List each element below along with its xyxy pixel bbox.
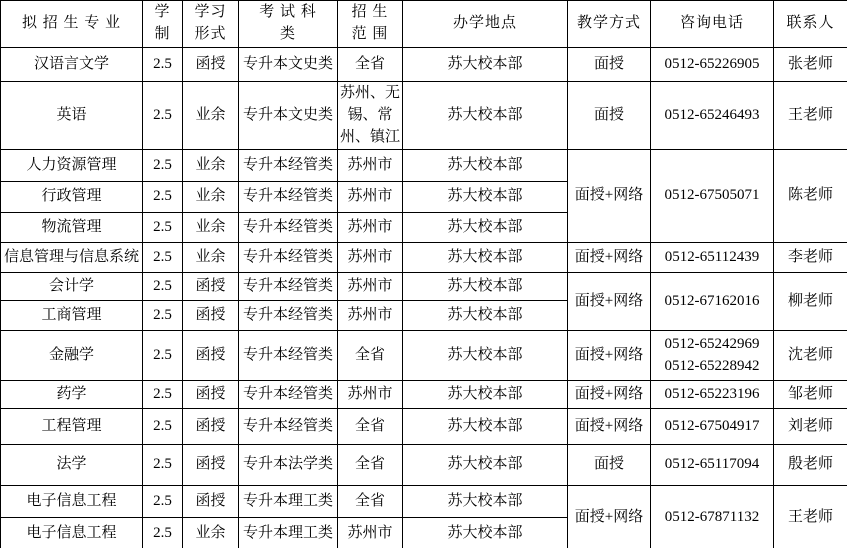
cell-exam-category: 专升本经管类 [239,409,338,445]
cell-enrollment-scope: 苏州市 [338,273,403,301]
cell-teaching-method: 面授 [568,445,651,486]
cell-phone: 0512-65246493 [651,82,774,150]
cell-school-location: 苏大校本部 [403,82,568,150]
cell-duration: 2.5 [143,150,183,182]
cell-enrollment-scope: 全省 [338,48,403,82]
table-row: 金融学2.5函授专升本经管类全省苏大校本部面授+网络0512-65242969 … [1,331,847,381]
cell-phone: 0512-65242969 0512-65228942 [651,331,774,381]
cell-enrollment-scope: 苏州市 [338,150,403,182]
column-header-duration: 学 制 [143,1,183,48]
cell-enrollment-scope: 苏州市 [338,213,403,243]
cell-duration: 2.5 [143,445,183,486]
cell-teaching-method: 面授 [568,82,651,150]
column-header-contact-person: 联系人 [774,1,847,48]
header-row: 拟 招 生 专 业学 制学习 形式考 试 科 类招 生 范 围办学地点教学方式咨… [1,1,847,48]
cell-school-location: 苏大校本部 [403,518,568,548]
cell-school-location: 苏大校本部 [403,150,568,182]
cell-major: 物流管理 [1,213,143,243]
cell-teaching-method: 面授 [568,48,651,82]
cell-enrollment-scope: 苏州市 [338,518,403,548]
cell-major: 人力资源管理 [1,150,143,182]
cell-school-location: 苏大校本部 [403,331,568,381]
table-row: 药学2.5函授专升本经管类苏州市苏大校本部面授+网络0512-65223196邹… [1,381,847,409]
cell-exam-category: 专升本经管类 [239,273,338,301]
cell-contact-person: 邹老师 [774,381,847,409]
cell-exam-category: 专升本经管类 [239,381,338,409]
cell-enrollment-scope: 苏州市 [338,301,403,331]
cell-enrollment-scope: 全省 [338,486,403,518]
table-body: 汉语言文学2.5函授专升本文史类全省苏大校本部面授0512-65226905张老… [1,48,847,548]
cell-exam-category: 专升本理工类 [239,518,338,548]
cell-exam-category: 专升本经管类 [239,243,338,273]
cell-study-form: 函授 [183,48,239,82]
column-header-teaching-method: 教学方式 [568,1,651,48]
cell-contact-person: 沈老师 [774,331,847,381]
cell-major: 金融学 [1,331,143,381]
cell-school-location: 苏大校本部 [403,273,568,301]
cell-duration: 2.5 [143,182,183,213]
cell-teaching-method: 面授+网络 [568,150,651,243]
cell-study-form: 函授 [183,409,239,445]
cell-exam-category: 专升本经管类 [239,150,338,182]
cell-enrollment-scope: 全省 [338,445,403,486]
cell-study-form: 函授 [183,331,239,381]
cell-contact-person: 张老师 [774,48,847,82]
cell-contact-person: 柳老师 [774,273,847,331]
cell-teaching-method: 面授+网络 [568,381,651,409]
cell-contact-person: 王老师 [774,486,847,548]
cell-duration: 2.5 [143,518,183,548]
cell-exam-category: 专升本经管类 [239,213,338,243]
cell-study-form: 函授 [183,381,239,409]
cell-phone: 0512-67505071 [651,150,774,243]
cell-phone: 0512-65117094 [651,445,774,486]
column-header-enrollment-scope: 招 生 范 围 [338,1,403,48]
column-header-major: 拟 招 生 专 业 [1,1,143,48]
cell-phone: 0512-67871132 [651,486,774,548]
cell-major: 电子信息工程 [1,486,143,518]
cell-contact-person: 殷老师 [774,445,847,486]
cell-duration: 2.5 [143,243,183,273]
cell-phone: 0512-65226905 [651,48,774,82]
cell-major: 汉语言文学 [1,48,143,82]
cell-duration: 2.5 [143,331,183,381]
cell-enrollment-scope: 苏州市 [338,243,403,273]
cell-teaching-method: 面授+网络 [568,409,651,445]
table-row: 信息管理与信息系统2.5业余专升本经管类苏州市苏大校本部面授+网络0512-65… [1,243,847,273]
cell-contact-person: 王老师 [774,82,847,150]
cell-school-location: 苏大校本部 [403,48,568,82]
cell-study-form: 函授 [183,486,239,518]
cell-exam-category: 专升本文史类 [239,82,338,150]
cell-duration: 2.5 [143,381,183,409]
cell-exam-category: 专升本经管类 [239,331,338,381]
cell-enrollment-scope: 苏州、无锡、常州、镇江 [338,82,403,150]
cell-contact-person: 陈老师 [774,150,847,243]
cell-duration: 2.5 [143,48,183,82]
cell-phone: 0512-67504917 [651,409,774,445]
cell-duration: 2.5 [143,409,183,445]
cell-contact-person: 李老师 [774,243,847,273]
cell-exam-category: 专升本经管类 [239,182,338,213]
cell-duration: 2.5 [143,486,183,518]
cell-school-location: 苏大校本部 [403,213,568,243]
cell-teaching-method: 面授+网络 [568,486,651,548]
cell-phone: 0512-67162016 [651,273,774,331]
table-row: 电子信息工程2.5函授专升本理工类全省苏大校本部面授+网络0512-678711… [1,486,847,518]
cell-exam-category: 专升本经管类 [239,301,338,331]
cell-phone: 0512-65223196 [651,381,774,409]
cell-enrollment-scope: 全省 [338,331,403,381]
cell-exam-category: 专升本法学类 [239,445,338,486]
cell-study-form: 业余 [183,243,239,273]
cell-school-location: 苏大校本部 [403,243,568,273]
table-row: 工程管理2.5函授专升本经管类全省苏大校本部面授+网络0512-67504917… [1,409,847,445]
cell-major: 电子信息工程 [1,518,143,548]
table-row: 人力资源管理2.5业余专升本经管类苏州市苏大校本部面授+网络0512-67505… [1,150,847,182]
column-header-school-location: 办学地点 [403,1,568,48]
cell-enrollment-scope: 苏州市 [338,381,403,409]
cell-enrollment-scope: 苏州市 [338,182,403,213]
cell-school-location: 苏大校本部 [403,409,568,445]
cell-school-location: 苏大校本部 [403,486,568,518]
cell-major: 工程管理 [1,409,143,445]
cell-school-location: 苏大校本部 [403,301,568,331]
cell-exam-category: 专升本文史类 [239,48,338,82]
cell-study-form: 业余 [183,213,239,243]
cell-duration: 2.5 [143,213,183,243]
cell-study-form: 业余 [183,182,239,213]
cell-study-form: 业余 [183,518,239,548]
cell-study-form: 函授 [183,445,239,486]
cell-major: 信息管理与信息系统 [1,243,143,273]
cell-study-form: 函授 [183,301,239,331]
cell-school-location: 苏大校本部 [403,445,568,486]
cell-major: 工商管理 [1,301,143,331]
cell-teaching-method: 面授+网络 [568,273,651,331]
cell-school-location: 苏大校本部 [403,381,568,409]
cell-major: 英语 [1,82,143,150]
cell-duration: 2.5 [143,301,183,331]
cell-duration: 2.5 [143,82,183,150]
cell-phone: 0512-65112439 [651,243,774,273]
column-header-exam-category: 考 试 科 类 [239,1,338,48]
table-row: 法学2.5函授专升本法学类全省苏大校本部面授0512-65117094殷老师 [1,445,847,486]
cell-major: 会计学 [1,273,143,301]
table-row: 会计学2.5函授专升本经管类苏州市苏大校本部面授+网络0512-67162016… [1,273,847,301]
cell-study-form: 业余 [183,82,239,150]
cell-school-location: 苏大校本部 [403,182,568,213]
cell-study-form: 函授 [183,273,239,301]
enrollment-majors-table: 拟 招 生 专 业学 制学习 形式考 试 科 类招 生 范 围办学地点教学方式咨… [0,0,847,548]
cell-teaching-method: 面授+网络 [568,331,651,381]
column-header-study-form: 学习 形式 [183,1,239,48]
table-header: 拟 招 生 专 业学 制学习 形式考 试 科 类招 生 范 围办学地点教学方式咨… [1,1,847,48]
table-row: 英语2.5业余专升本文史类苏州、无锡、常州、镇江苏大校本部面授0512-6524… [1,82,847,150]
cell-enrollment-scope: 全省 [338,409,403,445]
cell-major: 法学 [1,445,143,486]
cell-duration: 2.5 [143,273,183,301]
cell-exam-category: 专升本理工类 [239,486,338,518]
cell-study-form: 业余 [183,150,239,182]
cell-major: 行政管理 [1,182,143,213]
cell-contact-person: 刘老师 [774,409,847,445]
table-row: 汉语言文学2.5函授专升本文史类全省苏大校本部面授0512-65226905张老… [1,48,847,82]
column-header-phone: 咨询电话 [651,1,774,48]
cell-teaching-method: 面授+网络 [568,243,651,273]
cell-major: 药学 [1,381,143,409]
